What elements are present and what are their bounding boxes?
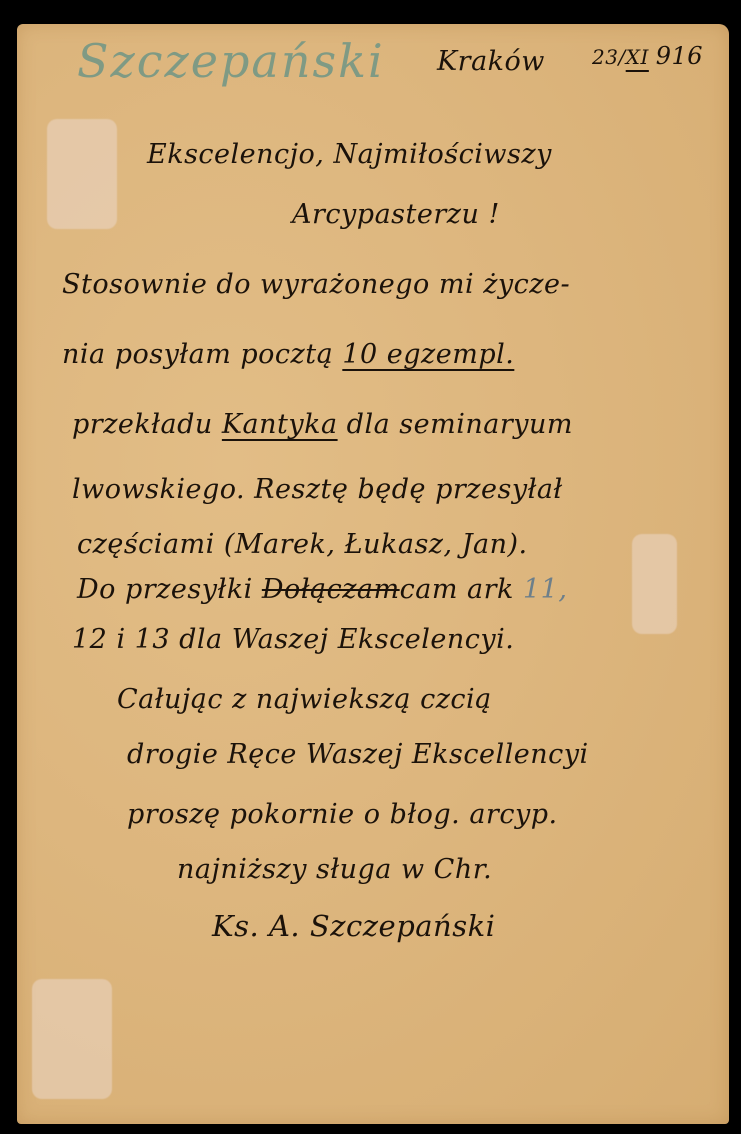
date: 23/XI 916 — [592, 42, 703, 70]
date-month: XI — [626, 45, 649, 69]
underlined-title: Kantyka — [222, 409, 338, 440]
signature: Ks. A. Szczepański — [212, 909, 495, 943]
struck-word: Dołączam — [262, 574, 400, 605]
body-line: Do przesyłki Dołączamcam ark 11, — [77, 574, 567, 605]
closing-line: proszę pokornie o błog. arcyp. — [127, 799, 558, 830]
closing-line: drogie Ręce Waszej Ekscellencyi — [127, 739, 589, 770]
date-year: 916 — [656, 42, 703, 70]
body-line: 12 i 13 dla Waszej Ekscelencyi. — [72, 624, 514, 655]
body-line: przekładu Kantyka dla seminaryum — [72, 409, 573, 440]
closing-line: najniższy sługa w Chr. — [177, 854, 492, 885]
body-line: Stosownie do wyrażonego mi życze- — [62, 269, 570, 300]
tape-residue-right — [632, 534, 677, 634]
pencil-number: 11, — [523, 574, 567, 605]
date-day: 23 — [592, 45, 618, 69]
salutation-line-1: Ekscelencjo, Najmiłościwszy — [147, 139, 552, 170]
tape-residue-top-left — [47, 119, 117, 229]
closing-line: Całując z najwiekszą czcią — [117, 684, 492, 715]
body-line: lwowskiego. Resztę będę przesyłał — [72, 474, 563, 505]
pencil-note: Szczepański — [77, 34, 385, 88]
body-line: nia posyłam pocztą 10 egzempl. — [62, 339, 514, 370]
underlined-copies: 10 egzempl. — [342, 339, 514, 370]
salutation-line-2: Arcypasterzu ! — [292, 199, 500, 230]
postcard: Szczepański Kraków 23/XI 916 Ekscelencjo… — [17, 24, 729, 1124]
tape-residue-bottom-left — [32, 979, 112, 1099]
place: Kraków — [437, 46, 545, 77]
body-line: częściami (Marek, Łukasz, Jan). — [77, 529, 528, 560]
